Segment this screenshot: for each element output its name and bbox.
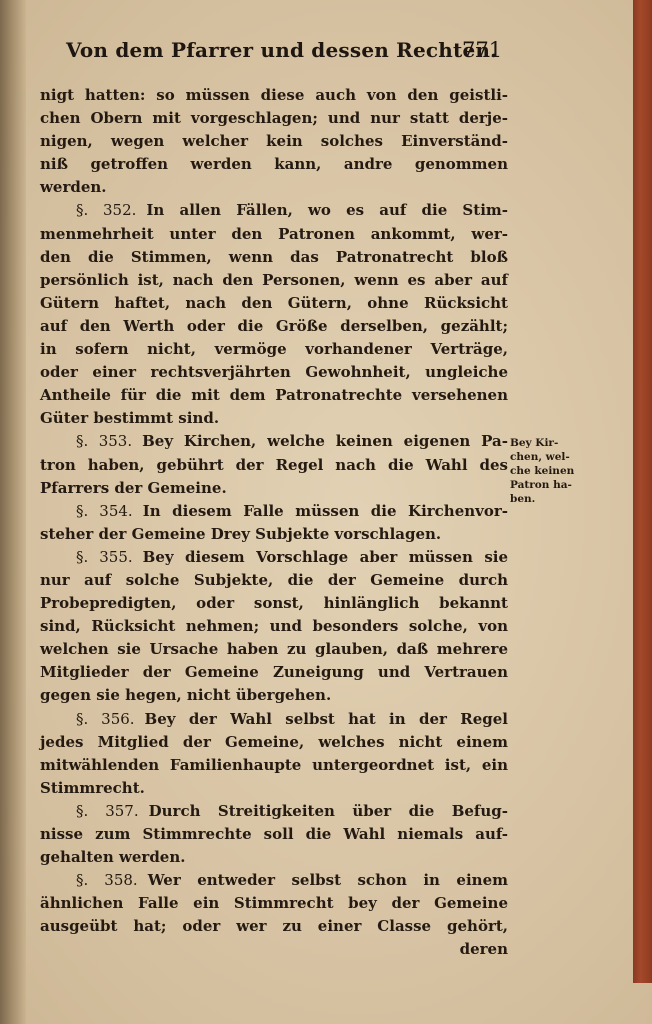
paragraph-first-line: §. 357.Durch Streitigkeiten über die Bef…	[40, 800, 508, 823]
text-line: welchen sie Ursache haben zu glauben, da…	[40, 638, 508, 661]
line-text: mitwählenden Familienhaupte untergeordne…	[40, 756, 508, 774]
margin-note-line: chen, wel-	[510, 450, 596, 464]
text-line: gegen sie hegen, nicht übergehen.	[40, 684, 508, 707]
text-line: mitwählenden Familienhaupte untergeordne…	[40, 754, 508, 777]
text-line: ausgeübt hat; oder wer zu einer Classe g…	[40, 915, 508, 938]
line-text: sind, Rücksicht nehmen; und besonders so…	[40, 617, 508, 635]
text-line: Probepredigten, oder sonst, hinlänglich …	[40, 592, 508, 615]
line-text: welchen sie Ursache haben zu glauben, da…	[40, 640, 508, 658]
catchword: deren	[40, 938, 508, 961]
line-text: Antheile für die mit dem Patronatrechte …	[40, 386, 508, 404]
line-text: ähnlichen Falle ein Stimmrecht bey der G…	[40, 894, 508, 912]
line-text: chen Obern mit vorgeschlagen; und nur st…	[40, 109, 508, 127]
line-text: nur auf solche Subjekte, die der Gemeine…	[40, 571, 508, 589]
text-line: jedes Mitglied der Gemeine, welches nich…	[40, 731, 508, 754]
text-line: persönlich ist, nach den Personen, wenn …	[40, 269, 508, 292]
text-line: gehalten werden.	[40, 846, 508, 869]
line-text: Stimmrecht.	[40, 779, 145, 797]
margin-note-line: Patron ha-	[510, 478, 596, 492]
line-text: nisse zum Stimmrechte soll die Wahl niem…	[40, 825, 508, 843]
line-text: Probepredigten, oder sonst, hinlänglich …	[40, 594, 508, 612]
line-text: Bey der Wahl selbst hat in der Regel	[145, 710, 508, 728]
line-text: Pfarrers der Gemeine.	[40, 479, 227, 497]
text-line: nisse zum Stimmrechte soll die Wahl niem…	[40, 823, 508, 846]
text-line: niß getroffen werden kann, andre genomme…	[40, 153, 508, 176]
line-text: nigt hatten: so müssen diese auch von de…	[40, 86, 508, 104]
line-text: In allen Fällen, wo es auf die Stim-	[146, 201, 508, 219]
line-text: Güter bestimmt sind.	[40, 409, 219, 427]
line-text: werden.	[40, 178, 107, 196]
line-text: deren	[460, 940, 508, 958]
text-line: steher der Gemeine Drey Subjekte vorschl…	[40, 523, 508, 546]
line-text: nigen, wegen welcher kein solches Einver…	[40, 132, 508, 150]
paragraph-first-line: §. 352.In allen Fällen, wo es auf die St…	[40, 199, 508, 222]
line-text: gegen sie hegen, nicht übergehen.	[40, 686, 331, 704]
text-line: nur auf solche Subjekte, die der Gemeine…	[40, 569, 508, 592]
text-line: Pfarrers der Gemeine.	[40, 477, 508, 500]
line-text: oder einer rechtsverjährten Gewohnheit, …	[40, 363, 508, 381]
line-text: Bey Kirchen, welche keinen eigenen Pa-	[142, 432, 508, 450]
text-line: ähnlichen Falle ein Stimmrecht bey der G…	[40, 892, 508, 915]
book-edge-red	[633, 0, 652, 983]
line-text: Durch Streitigkeiten über die Befug-	[149, 802, 508, 820]
line-text: auf den Werth oder die Größe derselben, …	[40, 317, 508, 335]
text-line: oder einer rechtsverjährten Gewohnheit, …	[40, 361, 508, 384]
section-number: §. 354.	[76, 502, 133, 520]
book-page: Von dem Pfarrer und dessen Rechten. 771 …	[0, 0, 652, 1024]
margin-note: Bey Kir-chen, wel-che keinenPatron ha-be…	[510, 436, 596, 506]
line-text: Mitglieder der Gemeine Zuneigung und Ver…	[40, 663, 508, 681]
page-number: 771	[462, 38, 502, 62]
section-number: §. 358.	[76, 871, 138, 889]
section-number: §. 353.	[76, 432, 132, 450]
text-line: Güter bestimmt sind.	[40, 407, 508, 430]
text-line: nigt hatten: so müssen diese auch von de…	[40, 84, 508, 107]
text-line: Gütern haftet, nach den Gütern, ohne Rüc…	[40, 292, 508, 315]
paragraph-first-line: §. 353.Bey Kirchen, welche keinen eigene…	[40, 430, 508, 453]
paragraph-first-line: §. 354.In diesem Falle müssen die Kirche…	[40, 500, 508, 523]
line-text: in sofern nicht, vermöge vorhandener Ver…	[40, 340, 508, 358]
section-number: §. 352.	[76, 201, 136, 219]
margin-note-line: che keinen	[510, 464, 596, 478]
paragraph-first-line: §. 358.Wer entweder selbst schon in eine…	[40, 869, 508, 892]
text-line: sind, Rücksicht nehmen; und besonders so…	[40, 615, 508, 638]
section-number: §. 357.	[76, 802, 139, 820]
page-gutter-shadow	[0, 0, 26, 1024]
text-line: in sofern nicht, vermöge vorhandener Ver…	[40, 338, 508, 361]
text-line: menmehrheit unter den Patronen ankommt, …	[40, 223, 508, 246]
text-line: Stimmrecht.	[40, 777, 508, 800]
line-text: steher der Gemeine Drey Subjekte vorschl…	[40, 525, 441, 543]
line-text: gehalten werden.	[40, 848, 185, 866]
text-line: tron haben, gebührt der Regel nach die W…	[40, 454, 508, 477]
line-text: Wer entweder selbst schon in einem	[148, 871, 508, 889]
body-text: nigt hatten: so müssen diese auch von de…	[40, 84, 508, 962]
line-text: tron haben, gebührt der Regel nach die W…	[40, 456, 508, 474]
line-text: ausgeübt hat; oder wer zu einer Classe g…	[40, 917, 508, 935]
line-text: niß getroffen werden kann, andre genomme…	[40, 155, 508, 173]
section-number: §. 356.	[76, 710, 135, 728]
line-text: Gütern haftet, nach den Gütern, ohne Rüc…	[40, 294, 508, 312]
margin-note-line: Bey Kir-	[510, 436, 596, 450]
line-text: Bey diesem Vorschlage aber müssen sie	[143, 548, 508, 566]
text-line: den die Stimmen, wenn das Patronatrecht …	[40, 246, 508, 269]
page-header: Von dem Pfarrer und dessen Rechten. 771	[66, 38, 526, 68]
paragraph-first-line: §. 356.Bey der Wahl selbst hat in der Re…	[40, 708, 508, 731]
text-line: nigen, wegen welcher kein solches Einver…	[40, 130, 508, 153]
paragraph-first-line: §. 355.Bey diesem Vorschlage aber müssen…	[40, 546, 508, 569]
line-text: jedes Mitglied der Gemeine, welches nich…	[40, 733, 508, 751]
text-line: chen Obern mit vorgeschlagen; und nur st…	[40, 107, 508, 130]
text-line: auf den Werth oder die Größe derselben, …	[40, 315, 508, 338]
line-text: In diesem Falle müssen die Kirchenvor-	[143, 502, 508, 520]
running-title: Von dem Pfarrer und dessen Rechten.	[66, 38, 497, 62]
line-text: persönlich ist, nach den Personen, wenn …	[40, 271, 508, 289]
text-line: werden.	[40, 176, 508, 199]
line-text: menmehrheit unter den Patronen ankommt, …	[40, 225, 508, 243]
line-text: den die Stimmen, wenn das Patronatrecht …	[40, 248, 508, 266]
section-number: §. 355.	[76, 548, 133, 566]
text-line: Antheile für die mit dem Patronatrechte …	[40, 384, 508, 407]
text-line: Mitglieder der Gemeine Zuneigung und Ver…	[40, 661, 508, 684]
margin-note-line: ben.	[510, 492, 596, 506]
